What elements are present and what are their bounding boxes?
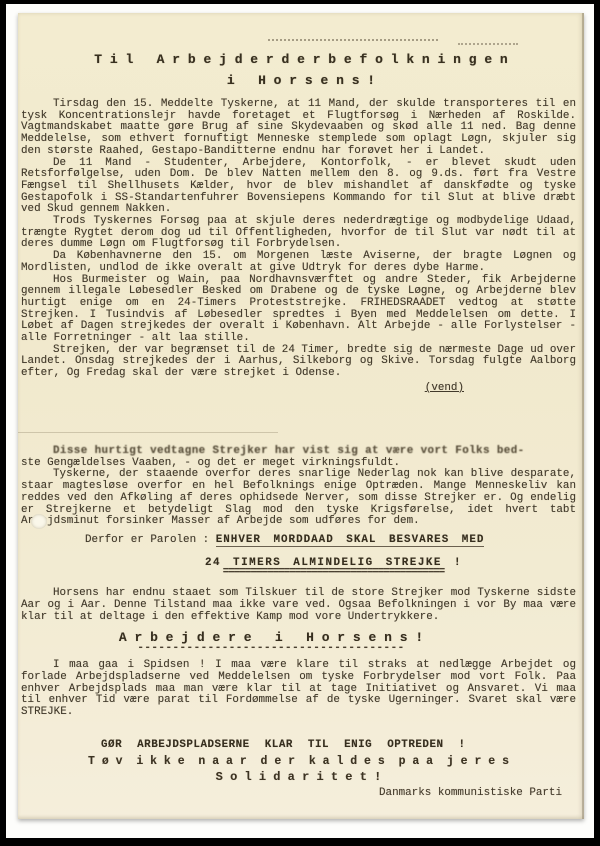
paragraph-newspapers: Da Københavnerne den 15. om Morgenen læs… xyxy=(21,251,576,274)
call-to-action-workplaces: GØR ARBEJDSPLADSERNE KLAR TIL ENIG OPTRE… xyxy=(21,740,576,752)
ink-smudge xyxy=(268,39,438,41)
call-to-action-hesitate: T ø v i k k e n a a r d e r k a l d e s … xyxy=(21,756,576,768)
parole-emphasis: ENHVER MORDDAAD SKAL BESVARES MED xyxy=(216,534,485,547)
paragraph-tuesday-announcement: Tirsdag den 15. Meddelte Tyskerne, at 11… xyxy=(21,99,576,158)
party-signature: Danmarks kommunistiske Parti xyxy=(21,788,576,800)
scan-background: T i l A r b e j d e r d e r b e f o l k … xyxy=(6,4,594,838)
paper-edge-shadow xyxy=(582,13,584,819)
parole-line: Derfor er Parolen : ENHVER MORDDAAD SKAL… xyxy=(21,535,576,547)
turn-page-note: (vend) xyxy=(21,383,576,395)
title-line-2: i H o r s e n s ! xyxy=(18,70,584,91)
leaflet-paper: T i l A r b e j d e r d e r b e f o l k … xyxy=(18,13,584,819)
leaflet-title: T i l A r b e j d e r d e r b e f o l k … xyxy=(18,49,584,91)
paper-crease xyxy=(18,432,278,433)
punch-hole xyxy=(31,514,47,529)
front-page-text: Tirsdag den 15. Meddelte Tyskerne, at 11… xyxy=(21,99,576,395)
call-to-action-solidarity: S o l i d a r i t e t ! xyxy=(21,772,576,784)
paragraph-protest-strike: Hos Burmeister og Wain, paa Nordhavnsvær… xyxy=(21,275,576,345)
paragraph-eleven-men: De 11 Mand - Studenter, Arbejdere, Konto… xyxy=(21,158,576,217)
back-page-text: Disse hurtigt vedtagne Strejker har vist… xyxy=(21,446,576,799)
strike-slogan-underline: ======================================== xyxy=(91,569,576,576)
paragraph-take-the-lead: I maa gaa i Spidsen ! I maa være klare t… xyxy=(21,660,576,719)
paragraph-strike-spread: Strejken, der var begrænset til de 24 Ti… xyxy=(21,345,576,380)
paragraph-horsens-spectator: Horsens har endnu staaet som Tilskuer ti… xyxy=(21,588,576,623)
title-line-1: T i l A r b e j d e r d e r b e f o l k … xyxy=(18,49,584,70)
paragraph-rumor-spread: Trods Tyskernes Forsøg paa at skjule der… xyxy=(21,216,576,251)
parole-prefix: Derfor er Parolen : xyxy=(85,534,216,546)
ink-smudge xyxy=(458,43,518,45)
heading-underline: -------------------------------------- xyxy=(21,644,521,652)
paragraph-germans-desperate: Tyskerne, der staaende overfor deres sna… xyxy=(21,469,576,528)
overstruck-line: Disse hurtigt vedtagne Strejker har vist… xyxy=(21,446,576,458)
